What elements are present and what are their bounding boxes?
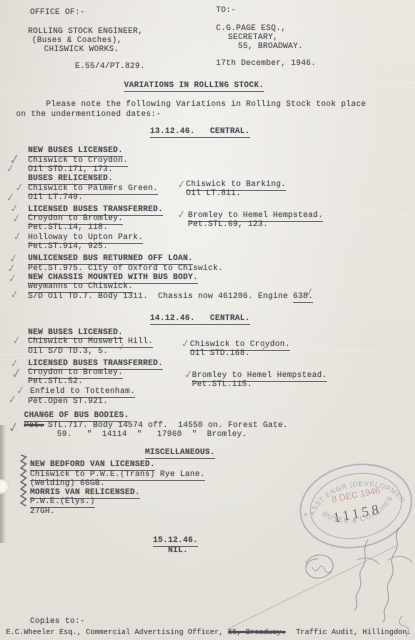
pencil-checkmark: ✓ xyxy=(11,333,22,347)
nil-value: NIL. xyxy=(168,546,188,555)
pencil-checkmark: ✓ xyxy=(14,180,25,194)
recipient-line: C.G.PAGE ESQ., xyxy=(216,24,286,33)
pencil-checkmark: ✓ xyxy=(176,177,187,191)
receiving-stamp: ASST ENGR (DEVELOPMENT) BUSES & COACHES … xyxy=(290,452,415,561)
fleet-number-line: Pet.STL.14, 118. xyxy=(28,223,108,232)
fleet-number-line: Oil S/D TD.3, 5. xyxy=(28,347,108,356)
document-title: VARIATIONS IN ROLLING STOCK. xyxy=(124,81,264,92)
copies-recipient-struck: 55, Broadway. xyxy=(228,629,286,638)
intro-text: on the undermentioned dates:- xyxy=(16,110,161,119)
fleet-number-line: Pet.STL.115. xyxy=(192,380,252,389)
section-date-heading: 14.12.46. CENTRAL. xyxy=(150,314,250,325)
sender-line: CHISWICK WORKS. xyxy=(44,45,119,54)
stamp-graphic: ASST ENGR (DEVELOPMENT) BUSES & COACHES … xyxy=(290,452,415,561)
stamp-star: * xyxy=(302,511,310,524)
pencil-checkmark: ✓ xyxy=(12,229,23,243)
fleet-number-line: Pet.ST.975. City of Oxford to Chiswick. xyxy=(28,264,223,273)
copies-recipient: Traffic Audit, Hillingdon. xyxy=(296,629,411,638)
punch-hole xyxy=(0,479,9,494)
fleet-number-line: Oil LT.811. xyxy=(186,189,241,198)
pencil-checkmark: ✓ xyxy=(11,211,22,225)
fleet-number-line: Oil STD.168. xyxy=(190,349,250,358)
signature-cross-stroke xyxy=(357,558,379,564)
office-of-label: OFFICE OF:- xyxy=(30,8,85,17)
fleet-number-line: (Welding) 66GB. xyxy=(30,479,105,488)
body-change-line: STL.717. Body 14574 off. 14550 on. Fores… xyxy=(43,421,288,430)
pencil-checkmark: ✓ xyxy=(117,342,126,353)
fleet-number-line: 27GH. xyxy=(30,507,55,516)
fleet-number-line: Pet.STL.69, 123. xyxy=(188,220,268,229)
struck-out-text: Pet. xyxy=(24,421,44,430)
pencil-checkmark: ✓ xyxy=(180,336,191,350)
recipient-line: 55, BROADWAY. xyxy=(238,42,303,51)
pencil-checkmark: ✓ xyxy=(259,344,268,355)
to-label: TO:- xyxy=(216,6,236,15)
fleet-number-line: Pet.ST.914, 925. xyxy=(28,242,108,251)
misc-heading: MISCELLANEOUS. xyxy=(145,448,215,459)
pencil-checkmark: ✓ xyxy=(7,271,18,285)
pencil-checkmark: ✓ xyxy=(7,419,21,437)
recipient-line: SECRETARY, xyxy=(228,33,278,42)
paper-crease xyxy=(388,0,390,230)
reference-number: E.55/4/PT.829. xyxy=(75,62,145,71)
margin-zigzag xyxy=(21,455,26,506)
pencil-checkmark: ✓ xyxy=(5,161,16,175)
chassis-detail-line: S/D Oil TD.7. Body 1311. Chassis now 461… xyxy=(28,292,313,301)
document-date: 17th December, 1946. xyxy=(216,59,316,68)
ink-margin-bar xyxy=(21,455,26,506)
pencil-checkmark: ✓ xyxy=(7,392,18,406)
intro-text: Please note the following Variations in … xyxy=(46,100,366,109)
sender-line: (Buses & Coaches), xyxy=(32,36,122,45)
fleet-number-line: Pet.Open ST.921. xyxy=(28,397,108,406)
pencil-checkmark: ✓ xyxy=(183,367,194,381)
scanned-document: OFFICE OF:- TO:- ROLLING STOCK ENGINEER,… xyxy=(0,0,415,640)
signature-cross-stroke xyxy=(388,556,412,562)
copies-recipient: E.C.Wheeler Esq., Commercial Advertising… xyxy=(6,629,223,638)
pencil-checkmark: ✓ xyxy=(10,365,24,383)
fleet-number-line: Pet.STL.52. xyxy=(28,377,83,386)
stamp-oval-rings xyxy=(293,455,415,557)
pencil-checkmark: ✓ xyxy=(9,287,20,301)
sender-line: ROLLING STOCK ENGINEER, xyxy=(28,27,143,36)
body-change-line: 59. " 14114 " 17960 " Bromley. xyxy=(57,430,247,439)
copies-to-label: Copies to:- xyxy=(30,617,85,626)
section-date-heading: 13.12.46. CENTRAL. xyxy=(150,127,250,138)
initials-scribble xyxy=(312,566,331,573)
fleet-number-line: Oil LT.749. xyxy=(28,193,83,202)
pencil-checkmark: ✓ xyxy=(176,207,187,221)
fleet-number-line: Oil STD.171, 173. xyxy=(28,165,113,174)
pencil-checkmark: ✓ xyxy=(304,285,315,299)
chassis-detail-text: S/D Oil TD.7. Body 1311. Chassis now 461… xyxy=(28,292,293,301)
